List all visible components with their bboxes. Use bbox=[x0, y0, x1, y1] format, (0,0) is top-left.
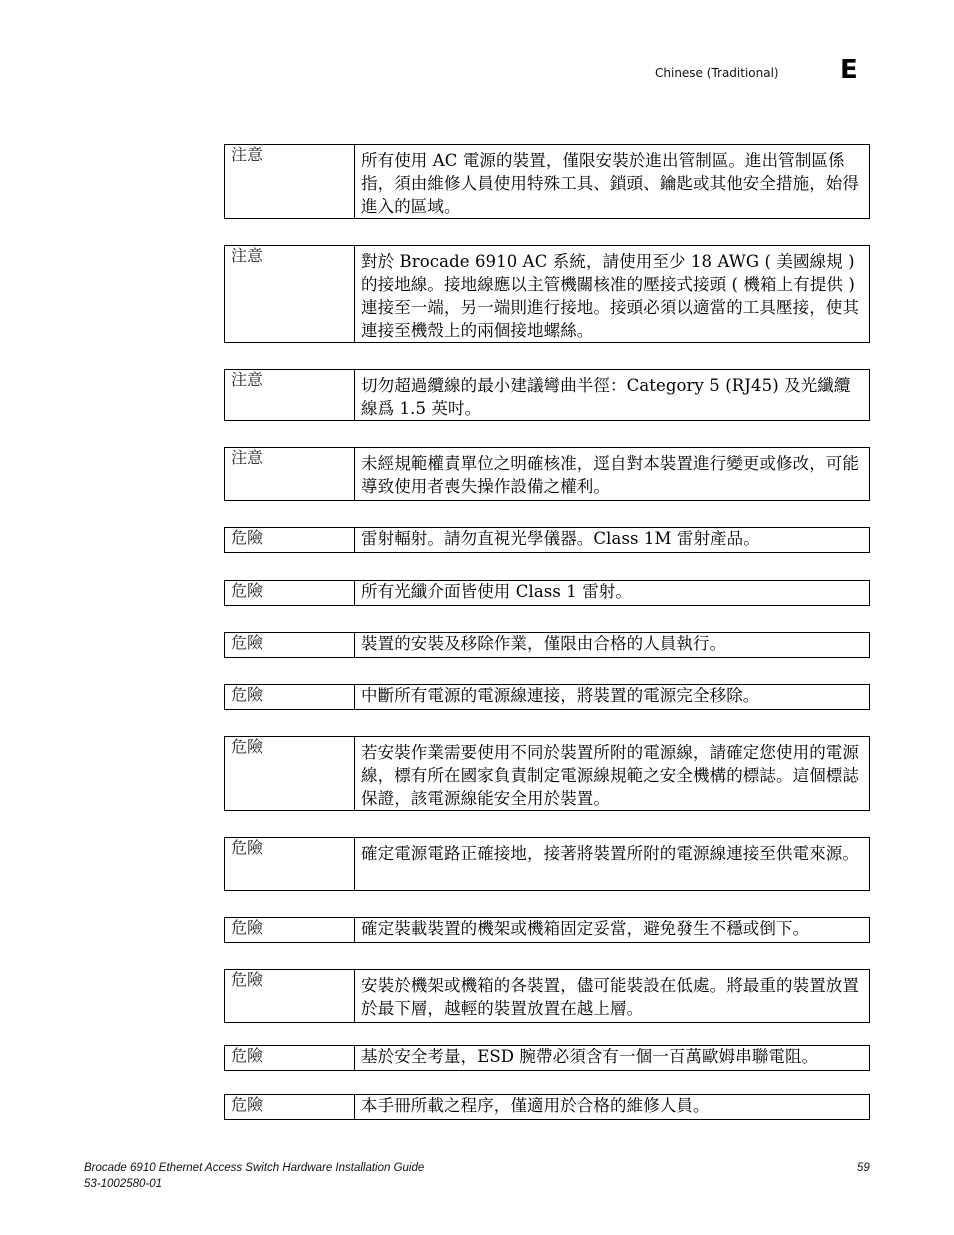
notice-text: 所有使用 AC 電源的裝置，僅限安裝於進出管制區。進出管制區係指，須由維修人員使… bbox=[355, 145, 869, 218]
danger-notice: 危險 所有光纖介面皆使用 Class 1 雷射。 bbox=[224, 580, 870, 606]
danger-notice: 危險 確定裝載裝置的機架或機箱固定妥當，避免發生不穩或倒下。 bbox=[224, 917, 870, 943]
footer-page-number: 59 bbox=[857, 1162, 870, 1174]
notice-label: 危險 bbox=[225, 633, 355, 657]
notice-text: 裝置的安裝及移除作業，僅限由合格的人員執行。 bbox=[355, 633, 869, 657]
notice-label: 注意 bbox=[225, 145, 355, 218]
notice-text: 中斷所有電源的電源線連接，將裝置的電源完全移除。 bbox=[355, 685, 869, 709]
notice-text: 未經規範權責單位之明確核准，逕自對本裝置進行變更或修改，可能導致使用者喪失操作設… bbox=[355, 448, 869, 500]
danger-notice: 危險 雷射輻射。請勿直視光學儀器。Class 1M 雷射產品。 bbox=[224, 527, 870, 553]
danger-notice: 危險 安裝於機架或機箱的各裝置，儘可能裝設在低處。將最重的裝置放置於最下層，越輕… bbox=[224, 969, 870, 1023]
notice-label: 危險 bbox=[225, 1095, 355, 1119]
notice-text: 對於 Brocade 6910 AC 系統，請使用至少 18 AWG ( 美國線… bbox=[355, 246, 869, 342]
notice-label: 注意 bbox=[225, 246, 355, 342]
notice-label: 注意 bbox=[225, 448, 355, 500]
danger-notice: 危險 裝置的安裝及移除作業，僅限由合格的人員執行。 bbox=[224, 632, 870, 658]
notice-label: 注意 bbox=[225, 370, 355, 420]
danger-notice: 危險 本手冊所載之程序，僅適用於合格的維修人員。 bbox=[224, 1094, 870, 1120]
notice-label: 危險 bbox=[225, 1046, 355, 1070]
danger-notice: 危險 確定電源電路正確接地，接著將裝置所附的電源線連接至供電來源。 bbox=[224, 837, 870, 891]
danger-notice: 危險 若安裝作業需要使用不同於裝置所附的電源線，請確定您使用的電源線，標有所在國… bbox=[224, 736, 870, 811]
notice-text: 基於安全考量，ESD 腕帶必須含有一個一百萬歐姆串聯電阻。 bbox=[355, 1046, 869, 1070]
notice-text: 安裝於機架或機箱的各裝置，儘可能裝設在低處。將最重的裝置放置於最下層，越輕的裝置… bbox=[355, 970, 869, 1022]
footer-document-title: Brocade 6910 Ethernet Access Switch Hard… bbox=[84, 1162, 424, 1174]
running-header-section: Chinese (Traditional) bbox=[655, 66, 779, 80]
notice-text: 本手冊所載之程序，僅適用於合格的維修人員。 bbox=[355, 1095, 869, 1119]
footer-document-number: 53-1002580-01 bbox=[84, 1178, 162, 1190]
danger-notice: 危險 中斷所有電源的電源線連接，將裝置的電源完全移除。 bbox=[224, 684, 870, 710]
notice-label: 危險 bbox=[225, 838, 355, 890]
notice-label: 危險 bbox=[225, 970, 355, 1022]
caution-notice: 注意 未經規範權責單位之明確核准，逕自對本裝置進行變更或修改，可能導致使用者喪失… bbox=[224, 447, 870, 501]
notice-text: 確定電源電路正確接地，接著將裝置所附的電源線連接至供電來源。 bbox=[355, 838, 869, 890]
appendix-letter: E bbox=[840, 56, 858, 84]
notice-text: 所有光纖介面皆使用 Class 1 雷射。 bbox=[355, 581, 869, 605]
notice-label: 危險 bbox=[225, 918, 355, 942]
notice-text: 確定裝載裝置的機架或機箱固定妥當，避免發生不穩或倒下。 bbox=[355, 918, 869, 942]
caution-notice: 注意 對於 Brocade 6910 AC 系統，請使用至少 18 AWG ( … bbox=[224, 245, 870, 343]
notice-label: 危險 bbox=[225, 685, 355, 709]
caution-notice: 注意 切勿超過纜線的最小建議彎曲半徑：Category 5 (RJ45) 及光纖… bbox=[224, 369, 870, 421]
notice-label: 危險 bbox=[225, 581, 355, 605]
notice-text: 雷射輻射。請勿直視光學儀器。Class 1M 雷射產品。 bbox=[355, 528, 869, 552]
notice-label: 危險 bbox=[225, 528, 355, 552]
danger-notice: 危險 基於安全考量，ESD 腕帶必須含有一個一百萬歐姆串聯電阻。 bbox=[224, 1045, 870, 1071]
caution-notice: 注意 所有使用 AC 電源的裝置，僅限安裝於進出管制區。進出管制區係指，須由維修… bbox=[224, 144, 870, 219]
notice-text: 切勿超過纜線的最小建議彎曲半徑：Category 5 (RJ45) 及光纖纜線爲… bbox=[355, 370, 869, 420]
notice-text: 若安裝作業需要使用不同於裝置所附的電源線，請確定您使用的電源線，標有所在國家負責… bbox=[355, 737, 869, 810]
notice-label: 危險 bbox=[225, 737, 355, 810]
